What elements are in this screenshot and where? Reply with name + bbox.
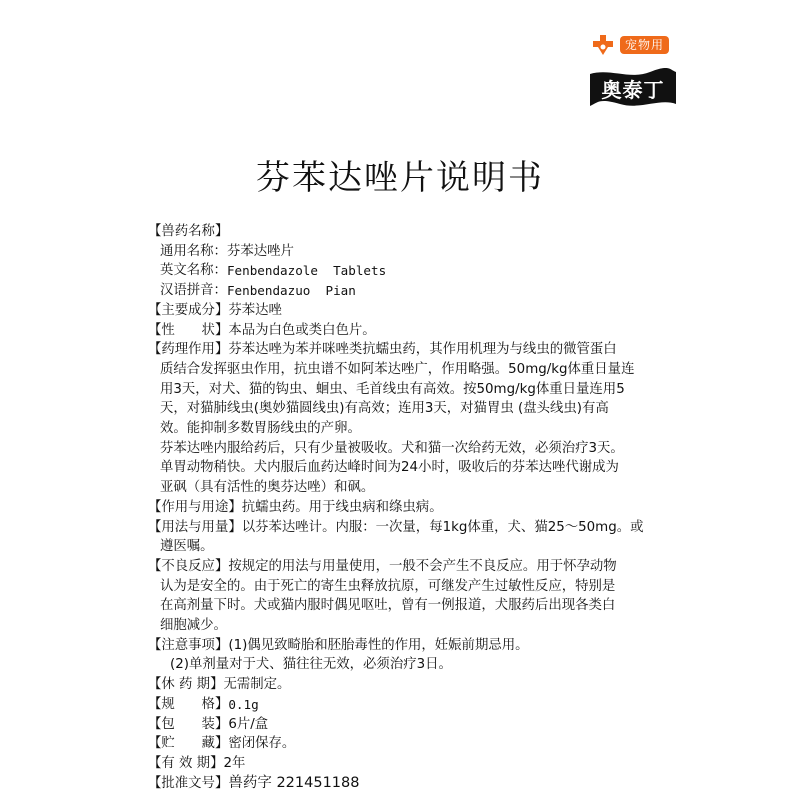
adverse-line: 在高剂量下时。犬或猫内服时偶见呕吐，曾有一例报道，犬服药后出现各类白	[148, 596, 658, 616]
section-label: 【不良反应】	[148, 557, 228, 577]
page-title: 芬苯达唑片说明书	[0, 150, 800, 199]
spec-row: 【规 格】 0.1g	[148, 695, 658, 715]
section-label: 【兽药名称】	[148, 222, 228, 242]
pharmacology-line: 效。能抑制多数胃肠线虫的产卵。	[148, 419, 658, 439]
pinyin-row: 汉语拼音： Fenbendazuo Pian	[148, 281, 658, 301]
precautions-row: 【注意事项】 (1)偶见致畸胎和胚胎毒性的作用，妊娠前期忌用。	[148, 636, 658, 656]
section-label: 【休 药 期】	[148, 675, 223, 695]
dosage-row: 【用法与用量】 以芬苯达唑计。内服：一次量，每1kg体重，犬、猫25～50mg。…	[148, 518, 658, 538]
approval-row: 【批准文号】 兽药字 221451188	[148, 774, 658, 794]
package-row: 【包 装】 6片/盒	[148, 715, 658, 735]
adverse-line: 认为是安全的。由于死亡的寄生虫释放抗原，可继发产生过敏性反应，特别是	[148, 577, 658, 597]
section-value: 抗蠕虫药。用于线虫病和绦虫病。	[242, 498, 443, 518]
section-label: 【性 状】	[148, 321, 228, 341]
section-value: 无需制定。	[223, 675, 290, 695]
section-value: 芬苯达唑为苯并咪唑类抗蠕虫药，其作用机理为与线虫的微管蛋白	[228, 340, 616, 360]
ingredient-row: 【主要成分】 芬苯达唑	[148, 301, 658, 321]
storage-row: 【贮 藏】 密闭保存。	[148, 734, 658, 754]
field-label: 英文名称：	[160, 261, 227, 281]
section-label: 【药理作用】	[148, 340, 228, 360]
english-name-row: 英文名称： Fenbendazole Tablets	[148, 261, 658, 281]
pharmacology-line: 质结合发挥驱虫作用，抗虫谱不如阿苯达唑广，作用略强。50mg/kg体重日量连	[148, 360, 658, 380]
pharmacology-line: 亚砜（具有活性的奥芬达唑）和砜。	[148, 478, 658, 498]
field-label: 通用名称：	[160, 242, 227, 262]
field-value: Fenbendazuo Pian	[227, 281, 356, 301]
field-label: 汉语拼音：	[160, 281, 227, 301]
precautions-line: (2)单剂量对于犬、猫往往无效，必须治疗3日。	[148, 655, 658, 675]
validity-row: 【有 效 期】 2年	[148, 754, 658, 774]
pharmacology-line: 单胃动物稍快。犬内服后血药达峰时间为24小时，吸收后的芬苯达唑代谢成为	[148, 458, 658, 478]
section-label: 【用法与用量】	[148, 518, 242, 538]
section-value: 兽药字 221451188	[228, 774, 359, 794]
pharmacology-line: 用3天，对犬、猫的钩虫、蛔虫、毛首线虫有高效。按50mg/kg体重日量连用5	[148, 380, 658, 400]
section-value: 芬苯达唑	[228, 301, 282, 321]
brand-logo: 奥泰丁	[590, 68, 676, 108]
indication-row: 【作用与用途】 抗蠕虫药。用于线虫病和绦虫病。	[148, 498, 658, 518]
document-body: 【兽药名称】 通用名称： 芬苯达唑片 英文名称： Fenbendazole Ta…	[148, 222, 658, 793]
dosage-line: 遵医嘱。	[148, 537, 658, 557]
section-label: 【作用与用途】	[148, 498, 242, 518]
section-label: 【规 格】	[148, 695, 228, 715]
pharmacology-row: 【药理作用】 芬苯达唑为苯并咪唑类抗蠕虫药，其作用机理为与线虫的微管蛋白	[148, 340, 658, 360]
section-value: 2年	[223, 754, 245, 774]
brand-logo-text: 奥泰丁	[590, 74, 676, 103]
pharmacology-line: 芬苯达唑内服给药后，只有少量被吸收。犬和猫一次给药无效，必须治疗3天。	[148, 439, 658, 459]
section-label: 【主要成分】	[148, 301, 228, 321]
field-value: Fenbendazole Tablets	[227, 261, 386, 281]
appearance-row: 【性 状】 本品为白色或类白色片。	[148, 321, 658, 341]
withdrawal-row: 【休 药 期】 无需制定。	[148, 675, 658, 695]
adverse-line: 细胞减少。	[148, 616, 658, 636]
section-label: 【有 效 期】	[148, 754, 223, 774]
section-label: 【注意事项】	[148, 636, 228, 656]
brand-top: 宠物用	[592, 34, 686, 56]
pet-cross-icon	[592, 34, 614, 56]
section-label: 【批准文号】	[148, 774, 228, 794]
pharmacology-line: 天，对猫肺线虫(奥妙猫圆线虫)有高效；连用3天，对猫胃虫 (盘头线虫)有高	[148, 399, 658, 419]
section-value: 6片/盒	[228, 715, 268, 735]
section-value: 0.1g	[228, 695, 258, 715]
section-value: (1)偶见致畸胎和胚胎毒性的作用，妊娠前期忌用。	[228, 636, 528, 656]
brand-logo-area: 宠物用 奥泰丁	[590, 34, 686, 130]
section-value: 按规定的用法与用量使用，一般不会产生不良反应。用于怀孕动物	[228, 557, 616, 577]
section-name-header: 【兽药名称】	[148, 222, 658, 242]
field-value: 芬苯达唑片	[227, 242, 294, 262]
generic-name-row: 通用名称： 芬苯达唑片	[148, 242, 658, 262]
section-value: 以芬苯达唑计。内服：一次量，每1kg体重，犬、猫25～50mg。或	[242, 518, 644, 538]
section-value: 本品为白色或类白色片。	[228, 321, 375, 341]
adverse-row: 【不良反应】 按规定的用法与用量使用，一般不会产生不良反应。用于怀孕动物	[148, 557, 658, 577]
section-label: 【贮 藏】	[148, 734, 228, 754]
pet-use-badge: 宠物用	[620, 36, 669, 54]
section-label: 【包 装】	[148, 715, 228, 735]
section-value: 密闭保存。	[228, 734, 295, 754]
